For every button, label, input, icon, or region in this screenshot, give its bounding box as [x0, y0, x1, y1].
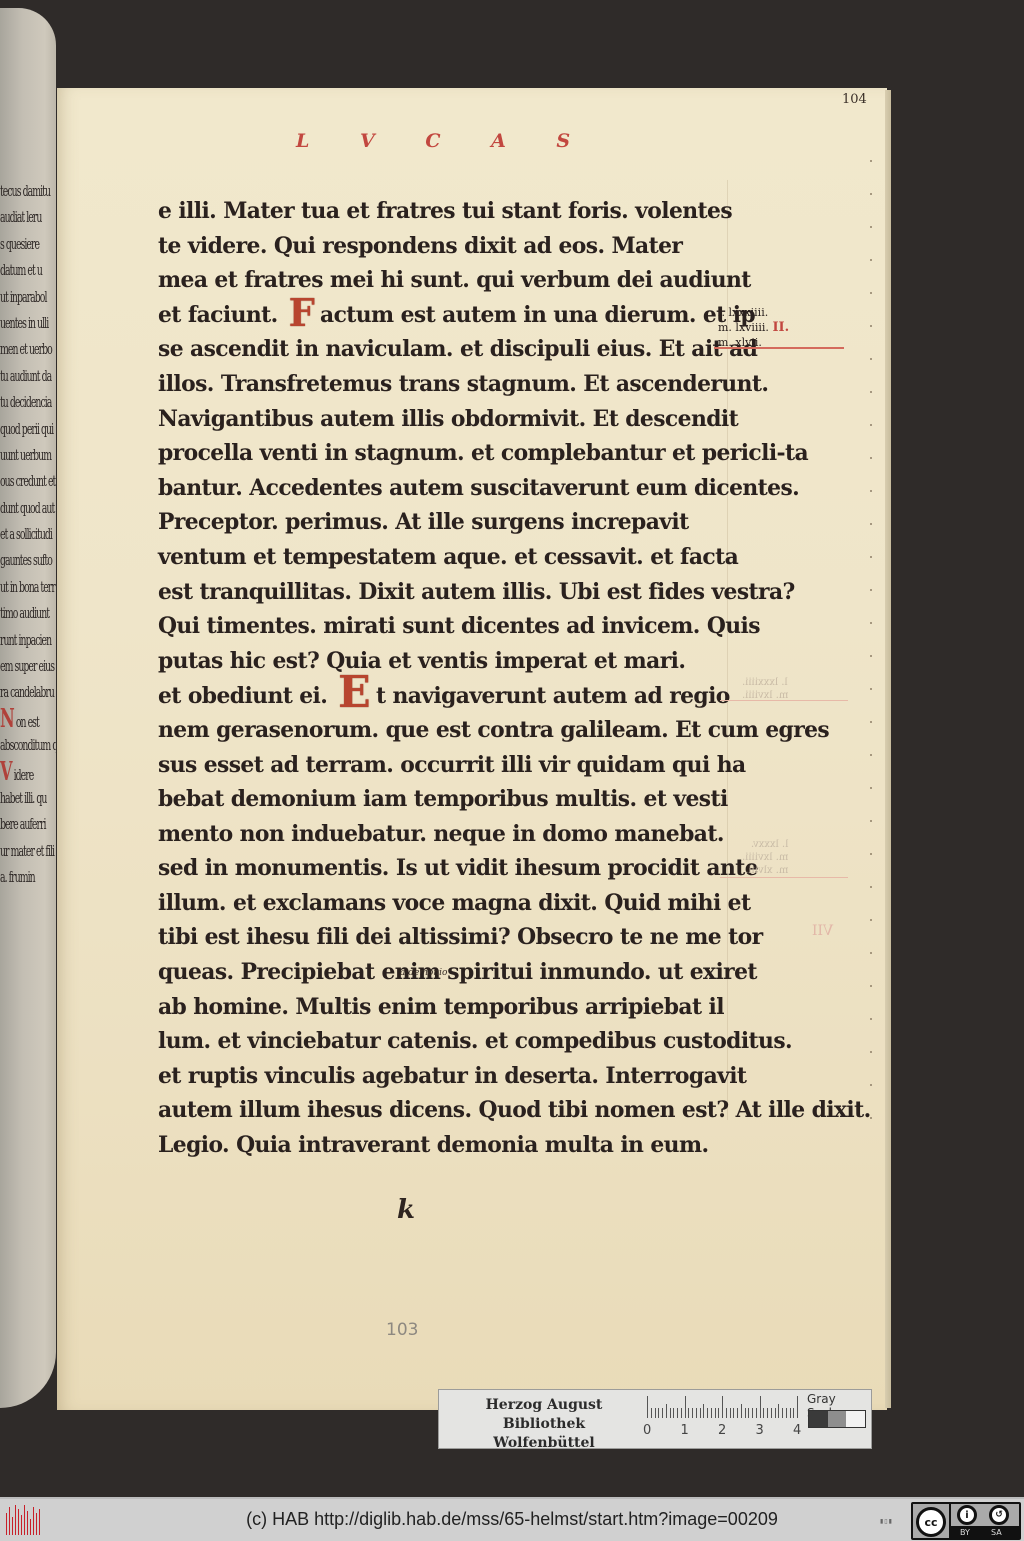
prick-hole: [870, 325, 872, 327]
ruler-tick: [703, 1404, 704, 1418]
ruler-tick: [707, 1408, 708, 1418]
marginal-red-mark: II.: [772, 320, 789, 335]
facing-text-line: N on est: [0, 706, 56, 732]
text-line: procella venti in stagnum. et complebant…: [158, 436, 730, 471]
facing-text-line: s quesiere: [0, 231, 56, 257]
marginal-line: m. lxviiii. II.: [718, 320, 789, 335]
ruler-tick: [756, 1408, 757, 1418]
text-line: Legio. Quia intraverant demonia multa in…: [158, 1128, 730, 1163]
ruler-tick: [681, 1408, 682, 1418]
facing-text-line: timo audiunt: [0, 600, 56, 626]
text-line: ventum et tempestatem aque. et cessavit.…: [158, 540, 730, 575]
ruler-tick: [775, 1408, 776, 1418]
prick-hole: [870, 226, 872, 228]
ruler-tick: [692, 1408, 693, 1418]
facing-text-line: habet illi. qu: [0, 785, 56, 811]
library-scale-card: Herzog August Bibliothek Wolfenbüttel 01…: [438, 1389, 872, 1449]
prick-hole: [870, 1018, 872, 1020]
prick-hole: [870, 952, 872, 954]
text-line: mea et fratres mei hi sunt. qui verbum d…: [158, 263, 730, 298]
ruler-tick: [715, 1408, 716, 1418]
ruler-tick: [711, 1408, 712, 1418]
text-line: et obediunt ei. Et navigaverunt autem ad…: [158, 678, 730, 713]
ruler-tick: [771, 1408, 772, 1418]
ruler-tick: [726, 1408, 727, 1418]
ruler-tick: [733, 1408, 734, 1418]
ruler-label: 3: [756, 1423, 764, 1438]
gray-scale-swatch: [808, 1410, 866, 1428]
ruler-tick: [722, 1396, 723, 1418]
ruler-labels: 01234: [635, 1423, 825, 1441]
facing-text-line: uentes in ulli: [0, 310, 56, 336]
ruler-tick: [651, 1408, 652, 1418]
sa-label: SA: [991, 1528, 1002, 1537]
ruler-tick: [767, 1408, 768, 1418]
facing-text-line: absconditum qu: [0, 732, 56, 758]
marginal-line: l. lxxxiiii.: [718, 305, 789, 320]
quire-signature: k: [397, 1195, 415, 1225]
facing-text-line: runt inpacien: [0, 627, 56, 653]
rubricated-initial: E: [338, 678, 370, 708]
pencil-foliation: 103: [386, 1320, 418, 1340]
cc-license-badge[interactable]: cc i ↺ BY SA: [911, 1502, 1021, 1540]
text-line: e illi. Mater tua et fratres tui stant f…: [158, 194, 730, 229]
ruler-tick: [696, 1408, 697, 1418]
viewer-footer: (c) HAB http://diglib.hab.de/mss/65-helm…: [0, 1497, 1024, 1541]
text-line: bebat demonium iam temporibus multis. et…: [158, 782, 730, 817]
ruler-tick: [666, 1404, 667, 1418]
text-line: se ascendit in naviculam. et discipuli e…: [158, 332, 730, 367]
prick-hole: [870, 853, 872, 855]
text-line: bantur. Accedentes autem suscitaverunt e…: [158, 471, 730, 506]
facing-text-line: ut inparabol: [0, 284, 56, 310]
prick-hole: [870, 589, 872, 591]
folio-number: 104: [842, 92, 867, 107]
ruler-tick: [662, 1408, 663, 1418]
by-label: BY: [960, 1528, 970, 1537]
running-title: L V C A S: [296, 130, 592, 152]
prick-hole: [870, 160, 872, 162]
text-line: ab homine. Multis enim temporibus arripi…: [158, 990, 730, 1025]
prick-hole: [870, 523, 872, 525]
ghost-note-show-through: l. lxxxv. m. lxviiii. m. xlviii.: [742, 838, 788, 877]
prick-hole: [870, 886, 872, 888]
ruler-tick: [700, 1408, 701, 1418]
facing-text-line: V idere: [0, 759, 56, 785]
prick-hole: [870, 1051, 872, 1053]
facing-text-line: ur mater et fili: [0, 838, 56, 864]
ghost-note-show-through: l. lxxxiiii. m. lxviiii.: [742, 676, 788, 702]
facing-text-line: tecus damitu: [0, 178, 56, 204]
facing-text-line: ra candelabru: [0, 679, 56, 705]
ruler-label: 0: [643, 1423, 651, 1438]
facing-text-line: tu audiunt da: [0, 363, 56, 389]
facing-text-line: quod perii qui: [0, 416, 56, 442]
prick-hole: [870, 556, 872, 558]
prick-hole: [870, 259, 872, 261]
facing-text-line: audiat leru: [0, 204, 56, 230]
facing-text-line: tu decidencia: [0, 389, 56, 415]
ruler-tick: [760, 1396, 761, 1418]
ruler-tick: [748, 1408, 749, 1418]
ghost-rule: [720, 700, 848, 701]
prick-hole: [870, 787, 872, 789]
prick-hole: [870, 820, 872, 822]
ruler-tick: [688, 1408, 689, 1418]
ruler-label: 1: [681, 1423, 689, 1438]
facing-text-line: bere auferri: [0, 811, 56, 837]
facing-text-line: dunt quod aut: [0, 495, 56, 521]
prick-hole: [870, 622, 872, 624]
ruler-tick: [793, 1408, 794, 1418]
text-line: mento non induebatur. neque in domo mane…: [158, 817, 730, 852]
facing-text-line: datum et u: [0, 257, 56, 283]
ghost-rule: [720, 877, 848, 878]
rubricated-initial: F: [289, 298, 315, 328]
facing-text-line: et a sollicitudi: [0, 521, 56, 547]
facing-text-line: em super eius: [0, 653, 56, 679]
text-line: nem gerasenorum. que est contra galileam…: [158, 713, 730, 748]
prick-hole: [870, 721, 872, 723]
ruler-tick: [782, 1408, 783, 1418]
facing-text-line: a. frumin: [0, 864, 56, 890]
prick-hole: [870, 688, 872, 690]
marginal-rule: [714, 347, 844, 349]
gray-patch: [846, 1411, 865, 1427]
ruler-tick: [647, 1396, 648, 1418]
prick-hole: [870, 1117, 872, 1119]
ruler-tick: [655, 1408, 656, 1418]
text-line: et ruptis vinculis agebatur in deserta. …: [158, 1059, 730, 1094]
ruler-tick: [673, 1408, 674, 1418]
prick-hole: [870, 424, 872, 426]
ruler-tick: [685, 1396, 686, 1418]
ruler-tick: [745, 1408, 746, 1418]
share-alike-icon: ↺: [989, 1505, 1009, 1525]
text-line: sed in monumentis. Is ut vidit ihesum pr…: [158, 851, 730, 886]
ruler-tick: [718, 1408, 719, 1418]
text-line: est tranquillitas. Dixit autem illis. Ub…: [158, 575, 730, 610]
text-line: lum. et vinciebatur catenis. et compedib…: [158, 1024, 730, 1059]
pager-dots[interactable]: ▮▯▮: [880, 1518, 893, 1525]
text-line: autem illum ihesus dicens. Quod tibi nom…: [158, 1093, 730, 1128]
text-line: te videre. Qui respondens dixit ad eos. …: [158, 229, 730, 264]
ruler-tick: [790, 1408, 791, 1418]
ruler-tick: [730, 1408, 731, 1418]
text-line: Navigantibus autem illis obdormivit. Et …: [158, 402, 730, 437]
text-line: Preceptor. perimus. At ille surgens incr…: [158, 505, 730, 540]
copyright-link[interactable]: (c) HAB http://diglib.hab.de/mss/65-helm…: [0, 1509, 1024, 1530]
facing-text-line: ut in bona terr: [0, 574, 56, 600]
ruler-tick: [658, 1408, 659, 1418]
prick-hole: [870, 490, 872, 492]
prick-hole: [870, 292, 872, 294]
cc-icon: cc: [916, 1507, 946, 1537]
marginal-canon-note: l. lxxxiiii. m. lxviiii. II. m. xlvii.: [718, 305, 789, 350]
text-line: illum. et exclamans voce magna dixit. Qu…: [158, 886, 730, 921]
facing-page-left: tecus damituaudiat lerus quesieredatum e…: [0, 8, 56, 1408]
page-edge: [885, 90, 891, 1408]
prick-hole: [870, 754, 872, 756]
prick-hole: [870, 391, 872, 393]
prick-hole: [870, 1084, 872, 1086]
ruler-tick: [763, 1408, 764, 1418]
ruler-tick: [752, 1408, 753, 1418]
ruler-label: 2: [718, 1423, 726, 1438]
ruler-tick: [737, 1408, 738, 1418]
ruler-tick: [741, 1404, 742, 1418]
facing-text-line: uunt uerbum: [0, 442, 56, 468]
facing-text-line: men et uerbo: [0, 336, 56, 362]
facing-text-line: gauntes sufto: [0, 547, 56, 573]
gray-patch: [828, 1411, 847, 1427]
text-line: sus esset ad terram. occurrit illi vir q…: [158, 748, 730, 783]
prick-hole: [870, 457, 872, 459]
text-line: Qui timentes. mirati sunt dicentes ad in…: [158, 609, 730, 644]
main-text-column: e illi. Mater tua et fratres tui stant f…: [158, 194, 748, 1163]
interlinear-gloss: a demonio: [400, 968, 447, 978]
library-name: Herzog August Bibliothek Wolfenbüttel: [445, 1396, 643, 1453]
ruler-tick: [677, 1408, 678, 1418]
text-line: putas hic est? Quia et ventis imperat et…: [158, 644, 730, 679]
ruler-tick: [670, 1408, 671, 1418]
prick-hole: [870, 919, 872, 921]
ruler-tick: [778, 1404, 779, 1418]
facing-page-text: tecus damituaudiat lerus quesieredatum e…: [0, 178, 56, 891]
text-line: et faciunt. Factum est autem in una dier…: [158, 298, 730, 333]
attribution-icon: i: [957, 1505, 977, 1525]
ruler-label: 4: [793, 1423, 801, 1438]
prick-hole: [870, 193, 872, 195]
prick-hole: [870, 985, 872, 987]
text-line: illos. Transfretemus trans stagnum. Et a…: [158, 367, 730, 402]
ruler-tick: [797, 1396, 798, 1418]
prick-hole: [870, 655, 872, 657]
prick-hole: [870, 358, 872, 360]
gray-patch: [809, 1411, 828, 1427]
ruler-tick: [786, 1408, 787, 1418]
facing-text-line: ous credunt et: [0, 468, 56, 494]
ghost-numeral-show-through: VII: [812, 925, 833, 938]
text-line: tibi est ihesu fili dei altissimi? Obsec…: [158, 920, 730, 955]
